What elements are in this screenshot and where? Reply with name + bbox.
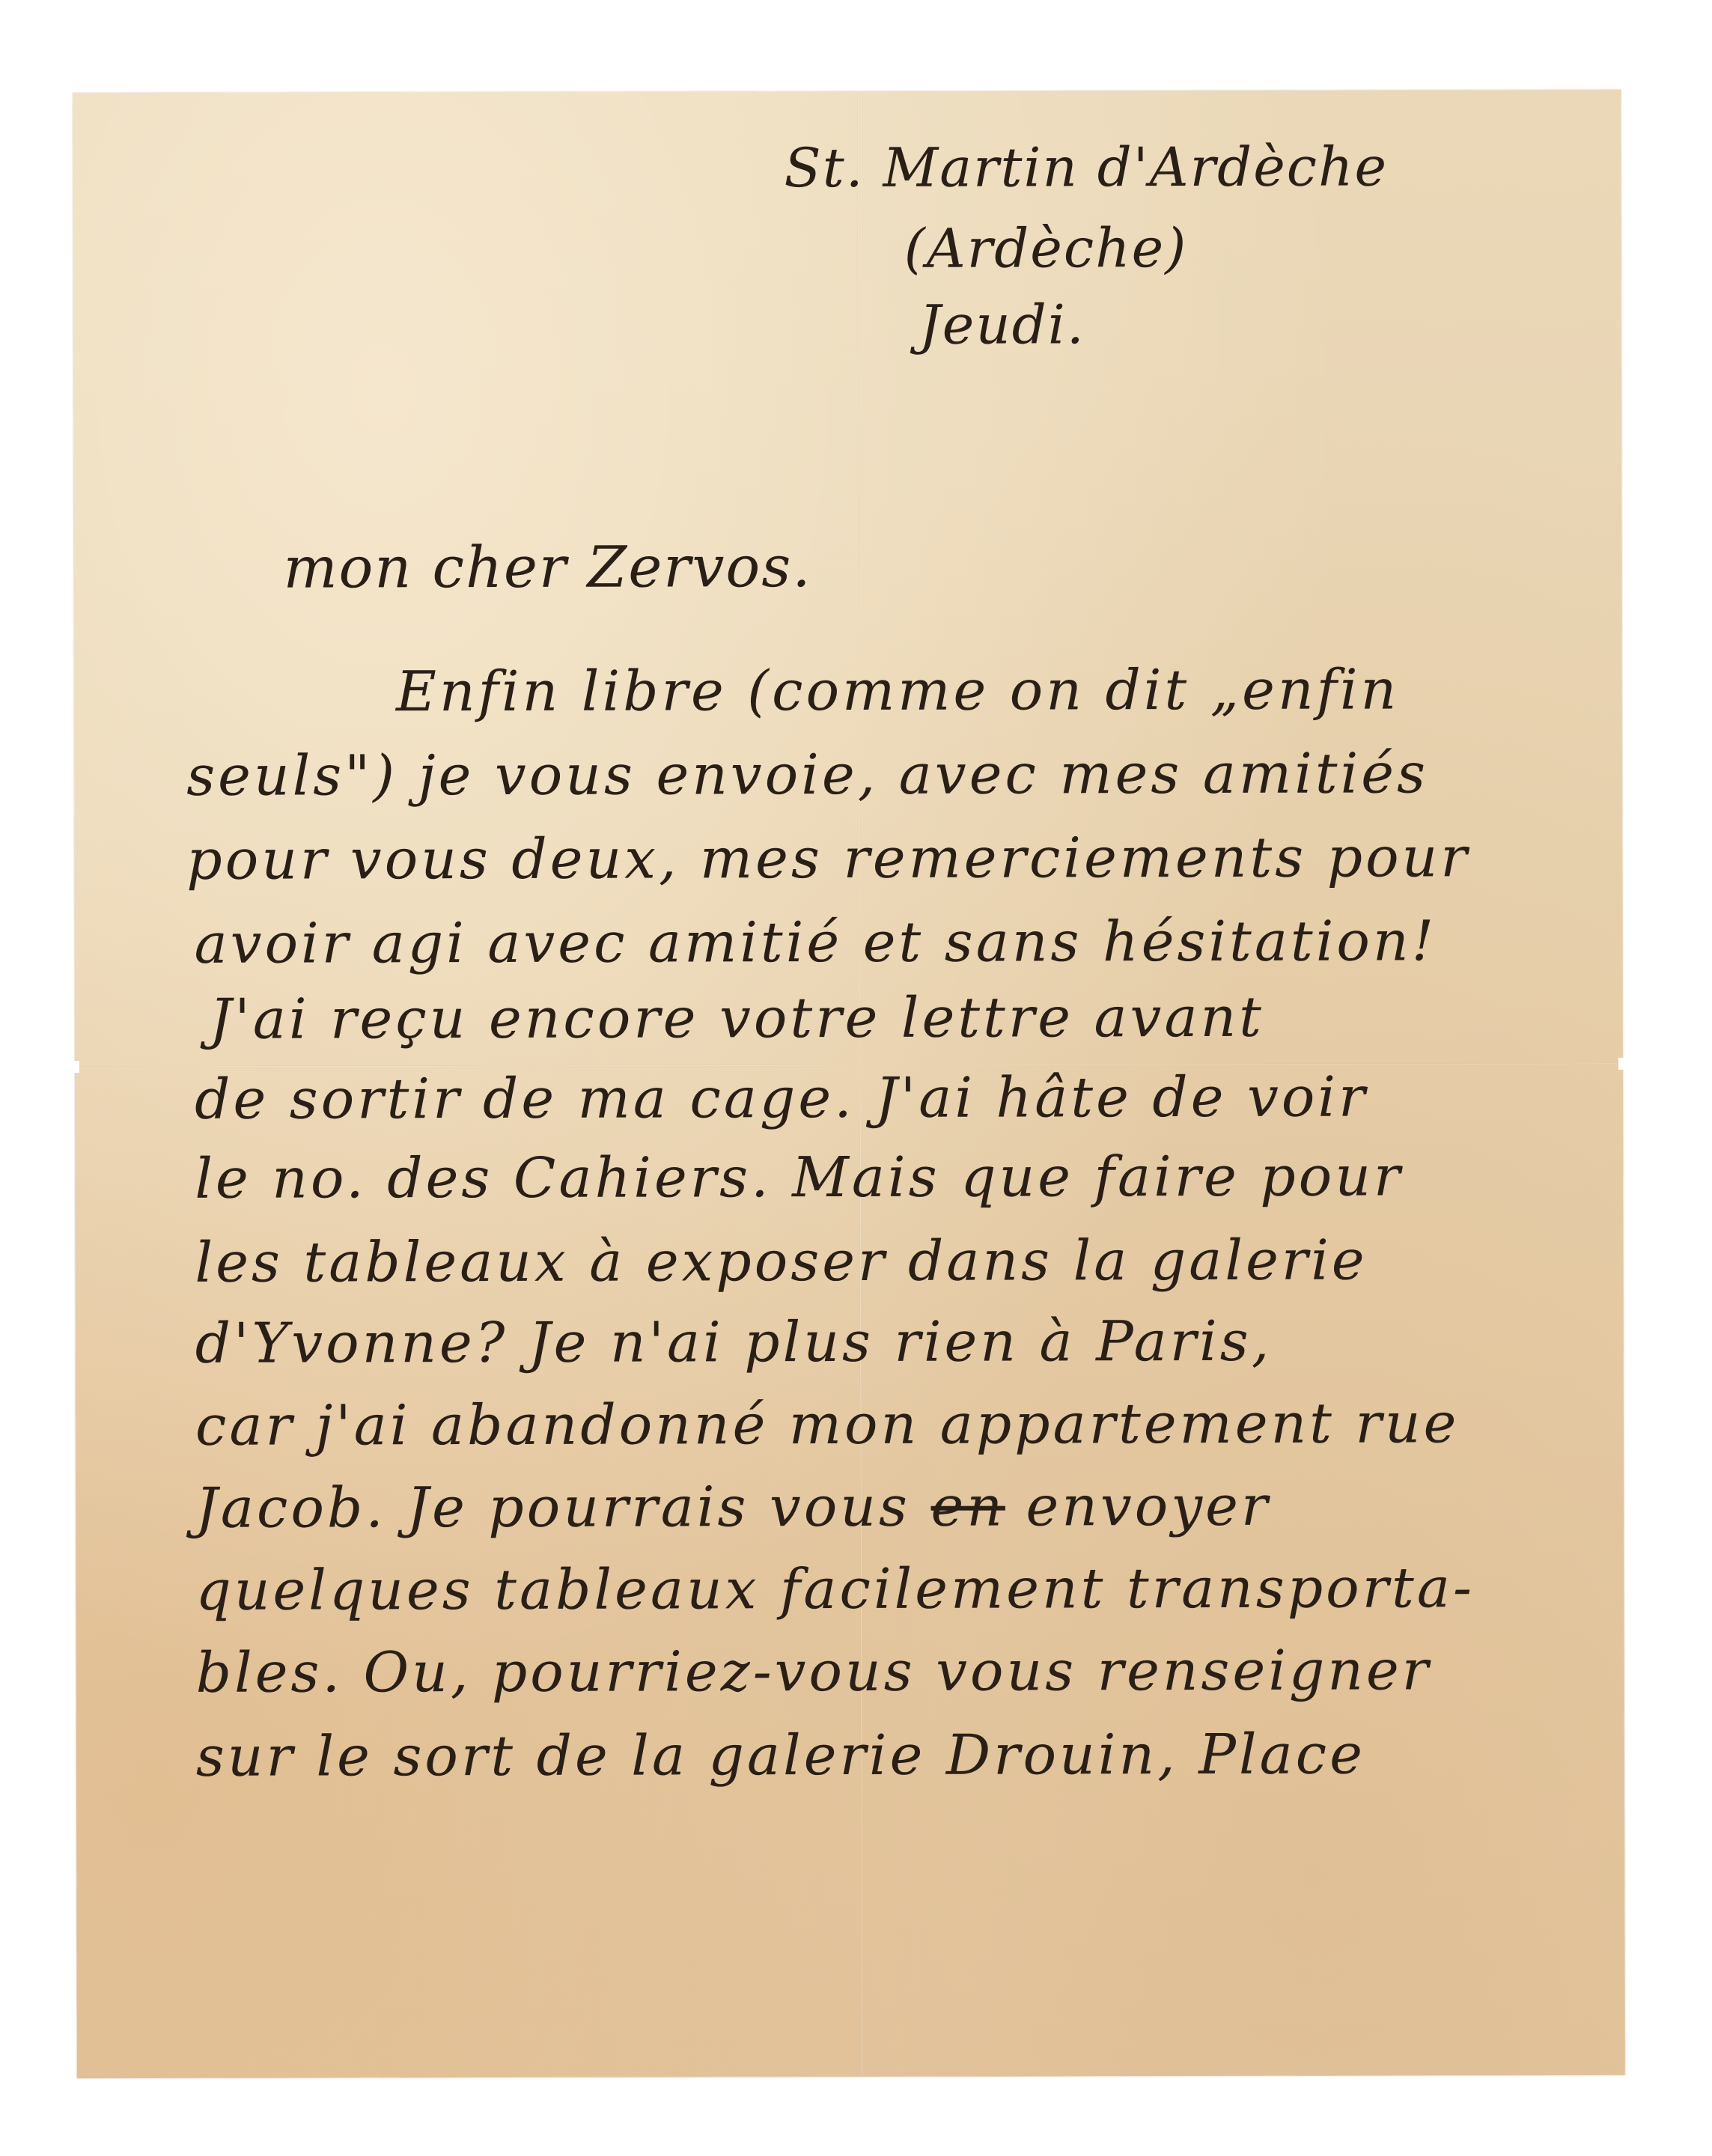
body-line-1: Enfin libre (comme on dit „enfin: [396, 657, 1400, 724]
body-line-12: quelques tableaux facilement transporta-: [195, 1556, 1475, 1623]
struck-out-word: en: [930, 1475, 1005, 1539]
header-day: Jeudi.: [919, 293, 1085, 356]
body-line-4: avoir agi avec amitié et sans hésitation…: [195, 909, 1437, 975]
edge-notch-right: [1618, 1058, 1626, 1070]
edge-notch-left: [72, 1061, 79, 1073]
body-line-7: le no. des Cahiers. Mais que faire pour: [195, 1144, 1403, 1211]
body-line-3: pour vous deux, mes remerciements pour: [186, 825, 1469, 892]
body-line-11-tail: envoyer: [1026, 1474, 1270, 1539]
body-line-13: bles. Ou, pourriez-vous vous renseigner: [196, 1638, 1432, 1705]
body-line-8: les tableaux à exposer dans la galerie: [195, 1228, 1367, 1295]
body-line-5: J'ai reçu encore votre lettre avant: [210, 985, 1264, 1052]
body-line-14: sur le sort de la galerie Drouin, Place: [196, 1723, 1365, 1789]
body-line-2: seuls") je vous envoie, avec mes amitiés: [186, 741, 1428, 808]
letter-sheet: St. Martin d'Ardèche (Ardèche) Jeudi. mo…: [73, 90, 1625, 2078]
body-line-10: car j'ai abandonné mon appartement rue: [195, 1391, 1460, 1458]
salutation: mon cher Zervos.: [283, 533, 811, 600]
body-line-11: Jacob. Je pourrais vous en envoyer: [195, 1474, 1270, 1541]
body-line-9: d'Yvonne? Je n'ai plus rien à Paris,: [195, 1309, 1273, 1376]
header-place: St. Martin d'Ardèche: [784, 135, 1388, 199]
body-line-6: de sortir de ma cage. J'ai hâte de voir: [195, 1065, 1368, 1132]
body-line-11-text: Jacob. Je pourrais vous: [195, 1475, 910, 1541]
header-region: (Ardèche): [904, 216, 1188, 280]
